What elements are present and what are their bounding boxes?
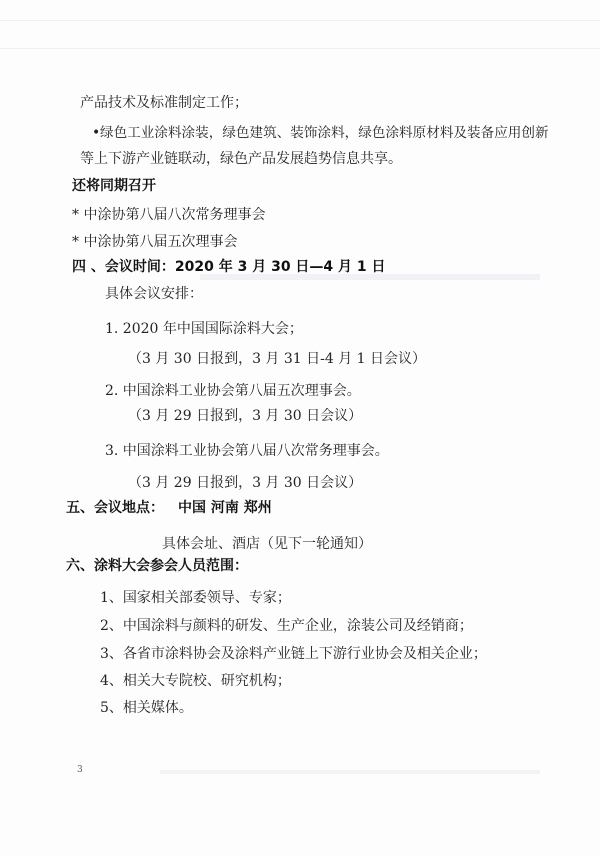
continuation-line-3: 等上下游产业链联动，绿色产品发展趋势信息共享。: [80, 150, 402, 168]
concurrent-item: * 中涂协第八届八次常务理事会: [72, 206, 265, 224]
attendee-item: 5、相关媒体。: [100, 699, 193, 717]
section4-heading: 四 、会议时间：2020 年 3 月 30 日—4 月 1 日: [72, 258, 386, 276]
section5-location: 中国 河南 郑州: [178, 499, 272, 517]
schedule-item-title: 3. 中国涂料工业协会第八届八次常务理事会。: [105, 442, 389, 460]
section6-heading: 六、涂料大会参会人员范围：: [66, 557, 248, 575]
attendee-item: 2、中国涂料与颜料的研发、生产企业，涂装公司及经销商；: [100, 617, 473, 635]
continuation-line-2: 绿色工业涂料涂装，绿色建筑、装饰涂料，绿色涂料原材料及装备应用创新: [100, 124, 549, 142]
continuation-line-1: 产品技术及标准制定工作；: [80, 94, 248, 112]
page-number: 3: [77, 765, 83, 775]
schedule-item-detail: （3 月 30 日报到，3 月 31 日-4 月 1 日会议）: [128, 350, 426, 368]
schedule-item-title: 1. 2020 年中国国际涂料大会；: [105, 320, 303, 338]
concurrent-heading: 还将同期召开: [72, 177, 156, 195]
schedule-item-detail: （3 月 29 日报到，3 月 30 日会议）: [128, 474, 362, 492]
schedule-item-detail: （3 月 29 日报到，3 月 30 日会议）: [128, 407, 362, 425]
schedule-item-title: 2. 中国涂料工业协会第八届五次理事会。: [105, 382, 361, 400]
section5-heading: 五、会议地点：: [66, 499, 164, 517]
attendee-item: 3、各省市涂料协会及涂料产业链上下游行业协会及相关企业；: [100, 645, 487, 663]
attendee-item: 4、相关大专院校、研究机构；: [100, 672, 291, 690]
concurrent-item: * 中涂协第八届五次理事会: [72, 233, 237, 251]
attendee-item: 1、国家相关部委领导、专家；: [100, 589, 291, 607]
section5-note: 具体会址、酒店（见下一轮通知）: [162, 535, 372, 553]
section4-intro: 具体会议安排：: [105, 285, 203, 303]
